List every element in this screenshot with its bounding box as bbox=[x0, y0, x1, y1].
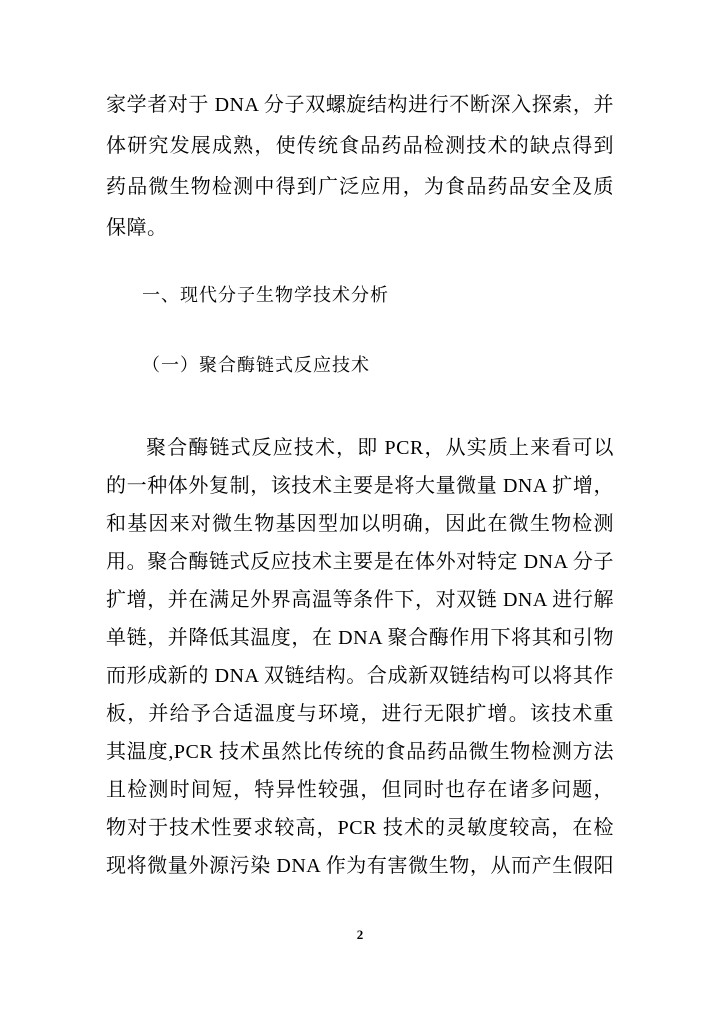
page-number-footer: 2 bbox=[106, 926, 614, 944]
text-line: 用。聚合酶链式反应技术主要是在体外对特定 DNA 分子片段进行高速 bbox=[106, 543, 614, 581]
text-line: 其温度,PCR 技术虽然比传统的食品药品微生物检测方法灵敏度较高， bbox=[106, 733, 614, 771]
text-line: 的一种体外复制，该技术主要是将大量微量 DNA 扩增，并根据染色体 bbox=[106, 467, 614, 505]
section-heading-level2: （一）聚合酶链式反应技术 bbox=[106, 347, 614, 383]
text-line: 体研究发展成熟，使传统食品药品检测技术的缺点得到克服，在食品 bbox=[106, 126, 614, 167]
paragraph-pcr-body: 聚合酶链式反应技术，即 PCR，从实质上来看可以将其作为 DNA的一种体外复制，… bbox=[106, 429, 614, 885]
text-line: 且检测时间短，特异性较强，但同时也存在诸多问题，该技术合成引 bbox=[106, 771, 614, 809]
text-line: 聚合酶链式反应技术，即 PCR，从实质上来看可以将其作为 DNA bbox=[106, 429, 614, 467]
text-line: 板，并给予合适温度与环境，进行无限扩增。该技术重点是严格控制 bbox=[106, 695, 614, 733]
section-heading-level1: 一、现代分子生物学技术分析 bbox=[106, 277, 614, 313]
text-line: 药品微生物检测中得到广泛应用，为食品药品安全及质量提供充足的 bbox=[106, 167, 614, 208]
text-line: 而形成新的 DNA 双链结构。合成新双链结构可以将其作为继续扩增模 bbox=[106, 657, 614, 695]
text-line: 物对于技术性要求较高，PCR 技术的灵敏度较高，在检测过程中会出 bbox=[106, 809, 614, 847]
text-line: 扩增，并在满足外界高温等条件下，对双链 DNA 进行解旋，使其变为 bbox=[106, 581, 614, 619]
paragraph-continuation: 家学者对于 DNA 分子双螺旋结构进行不断深入探索，并对基因与染色体研究发展成熟… bbox=[106, 85, 614, 249]
text-line: 保障。 bbox=[106, 208, 614, 249]
document-page: 家学者对于 DNA 分子双螺旋结构进行不断深入探索，并对基因与染色体研究发展成熟… bbox=[0, 0, 721, 1020]
text-line: 单链，并降低其温度，在 DNA 聚合酶作用下将其和引物互补配对，从 bbox=[106, 619, 614, 657]
text-line: 家学者对于 DNA 分子双螺旋结构进行不断深入探索，并对基因与染色 bbox=[106, 85, 614, 126]
text-line: 现将微量外源污染 DNA 作为有害微生物，从而产生假阳性。 bbox=[106, 847, 614, 885]
text-line: 和基因来对微生物基因型加以明确，因此在微生物检测中得到广泛应 bbox=[106, 505, 614, 543]
